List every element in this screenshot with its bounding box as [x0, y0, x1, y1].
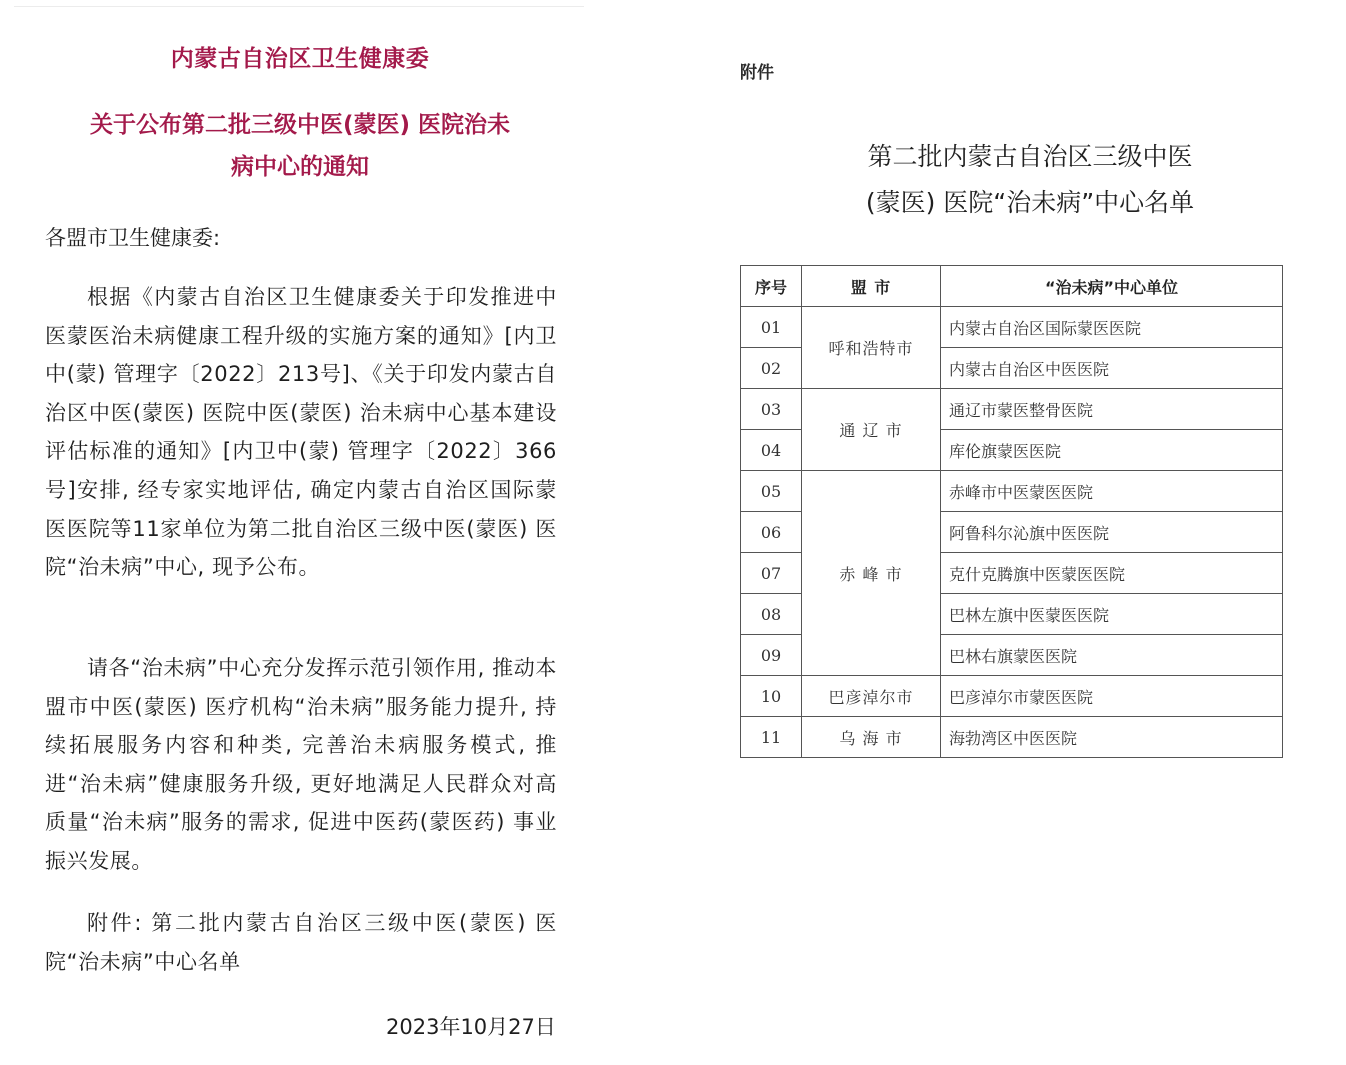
header-unit: “治未病”中心单位	[941, 266, 1283, 307]
header-city: 盟 市	[802, 266, 941, 307]
serial-cell: 02	[741, 348, 802, 389]
serial-cell: 08	[741, 594, 802, 635]
unit-cell: 内蒙古自治区国际蒙医医院	[941, 307, 1283, 348]
list-title-line1: 第二批内蒙古自治区三级中医	[820, 134, 1240, 180]
issue-date: 2023年10月27日	[386, 1011, 556, 1041]
city-cell: 呼和浩特市	[802, 307, 941, 389]
notice-title: 关于公布第二批三级中医(蒙医) 医院治未 病中心的通知	[40, 104, 560, 188]
serial-cell: 06	[741, 512, 802, 553]
list-title-line2: (蒙医) 医院“治未病”中心名单	[820, 180, 1240, 226]
centers-table: 序号 盟 市 “治未病”中心单位 01 呼和浩特市 内蒙古自治区国际蒙医医院 0…	[740, 265, 1283, 758]
serial-cell: 09	[741, 635, 802, 676]
body-paragraph-2: 请各“治未病”中心充分发挥示范引领作用, 推动本盟市中医(蒙医) 医疗机构“治未…	[45, 649, 557, 881]
table-row: 03 通 辽 市 通辽市蒙医整骨医院	[741, 389, 1283, 430]
table-row: 11 乌 海 市 海勃湾区中医医院	[741, 717, 1283, 758]
unit-cell: 赤峰市中医蒙医医院	[941, 471, 1283, 512]
unit-cell: 海勃湾区中医医院	[941, 717, 1283, 758]
notice-title-line1: 关于公布第二批三级中医(蒙医) 医院治未	[40, 104, 560, 146]
city-cell: 巴彦淖尔市	[802, 676, 941, 717]
list-title: 第二批内蒙古自治区三级中医 (蒙医) 医院“治未病”中心名单	[820, 134, 1240, 226]
body-paragraph-1: 根据《内蒙古自治区卫生健康委关于印发推进中医蒙医治未病健康工程升级的实施方案的通…	[45, 278, 557, 587]
unit-cell: 库伦旗蒙医医院	[941, 430, 1283, 471]
notice-title-line2: 病中心的通知	[40, 146, 560, 188]
table-header-row: 序号 盟 市 “治未病”中心单位	[741, 266, 1283, 307]
notice-document: 内蒙古自治区卫生健康委 关于公布第二批三级中医(蒙医) 医院治未 病中心的通知 …	[0, 0, 600, 1065]
header-serial: 序号	[741, 266, 802, 307]
serial-cell: 10	[741, 676, 802, 717]
unit-cell: 克什克腾旗中医蒙医医院	[941, 553, 1283, 594]
unit-cell: 内蒙古自治区中医医院	[941, 348, 1283, 389]
serial-cell: 05	[741, 471, 802, 512]
serial-cell: 04	[741, 430, 802, 471]
table-row: 01 呼和浩特市 内蒙古自治区国际蒙医医院	[741, 307, 1283, 348]
serial-cell: 07	[741, 553, 802, 594]
issuer-heading: 内蒙古自治区卫生健康委	[0, 40, 600, 73]
salutation: 各盟市卫生健康委:	[45, 222, 220, 252]
attachment-label: 附件	[740, 58, 774, 83]
table-row: 10 巴彦淖尔市 巴彦淖尔市蒙医医院	[741, 676, 1283, 717]
serial-cell: 03	[741, 389, 802, 430]
city-cell: 乌 海 市	[802, 717, 941, 758]
unit-cell: 巴彦淖尔市蒙医医院	[941, 676, 1283, 717]
serial-cell: 01	[741, 307, 802, 348]
unit-cell: 巴林右旗蒙医医院	[941, 635, 1283, 676]
unit-cell: 通辽市蒙医整骨医院	[941, 389, 1283, 430]
city-cell: 赤 峰 市	[802, 471, 941, 676]
table-row: 05 赤 峰 市 赤峰市中医蒙医医院	[741, 471, 1283, 512]
attachment-note: 附件: 第二批内蒙古自治区三级中医(蒙医) 医院“治未病”中心名单	[45, 904, 557, 981]
city-cell: 通 辽 市	[802, 389, 941, 471]
unit-cell: 巴林左旗中医蒙医医院	[941, 594, 1283, 635]
unit-cell: 阿鲁科尔沁旗中医医院	[941, 512, 1283, 553]
serial-cell: 11	[741, 717, 802, 758]
